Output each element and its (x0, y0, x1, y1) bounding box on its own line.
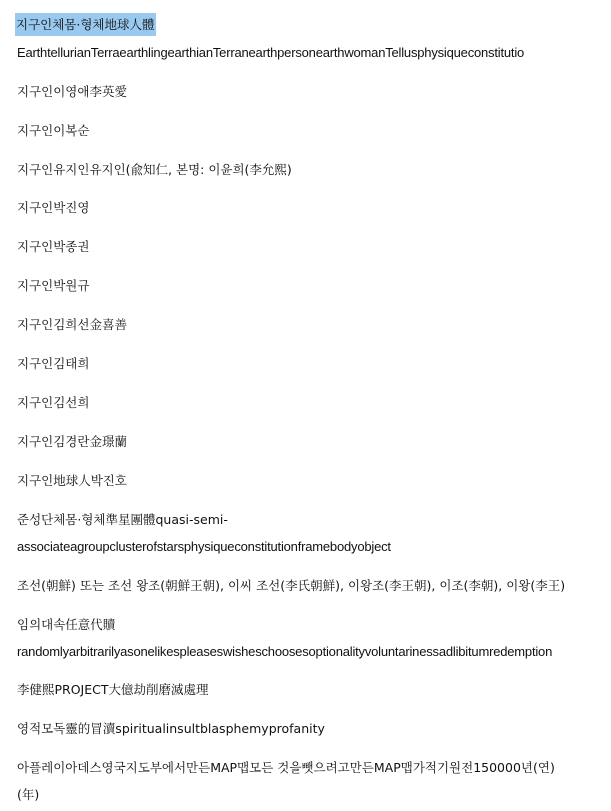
paragraph-line[interactable]: 지구인체몸·형체地球人體 (17, 17, 156, 33)
paragraph-line[interactable]: 지구인김태희 (17, 356, 89, 372)
paragraph-line[interactable]: 지구인김선희 (17, 395, 89, 411)
selected-text[interactable]: 지구인체몸·형체地球人體 (15, 13, 156, 36)
paragraph-line[interactable]: 지구인유지인유지인(兪知仁, 본명: 이윤희(李允熙) (17, 162, 292, 178)
paragraph-line[interactable]: 지구인박원규 (17, 278, 89, 294)
paragraph-line[interactable]: 아플레이아데스영국지도부에서만든MAP맵모든 것을뺏으려고만든MAP맵가적기원전… (17, 760, 555, 776)
paragraph-line[interactable]: 준성단체몸·형체準星團體quasi-semi- (17, 512, 228, 528)
paragraph-line[interactable]: EarthtellurianTerraearthlingearthianTerr… (17, 45, 524, 61)
paragraph-line[interactable]: 지구인이영애李英愛 (17, 84, 127, 100)
paragraph-line[interactable]: 지구인박종권 (17, 239, 89, 255)
paragraph-line[interactable]: 지구인이복순 (17, 123, 89, 139)
paragraph-line[interactable]: 李健熙PROJECT大億劫削磨滅處理 (17, 682, 209, 698)
paragraph-line[interactable]: 영적모독靈的冒瀆spiritualinsultblasphemyprofanit… (17, 721, 325, 737)
paragraph-line[interactable]: 지구인地球人박진호 (17, 473, 127, 489)
paragraph-line[interactable]: (年) (17, 787, 39, 803)
paragraph-line[interactable]: 지구인김희선金喜善 (17, 317, 127, 333)
paragraph-line[interactable]: 지구인김경란金璟蘭 (17, 434, 127, 450)
paragraph-line[interactable]: 지구인박진영 (17, 200, 89, 216)
paragraph-line[interactable]: 조선(朝鮮) 또는 조선 왕조(朝鮮王朝), 이씨 조선(李氏朝鮮), 이왕조(… (17, 578, 565, 594)
paragraph-line[interactable]: associateagroupclusterofstarsphysiquecon… (17, 539, 391, 555)
paragraph-line[interactable]: 임의대속任意代贖 (17, 617, 115, 633)
paragraph-line[interactable]: randomlyarbitrarilyasonelikespleaseswish… (17, 644, 552, 660)
